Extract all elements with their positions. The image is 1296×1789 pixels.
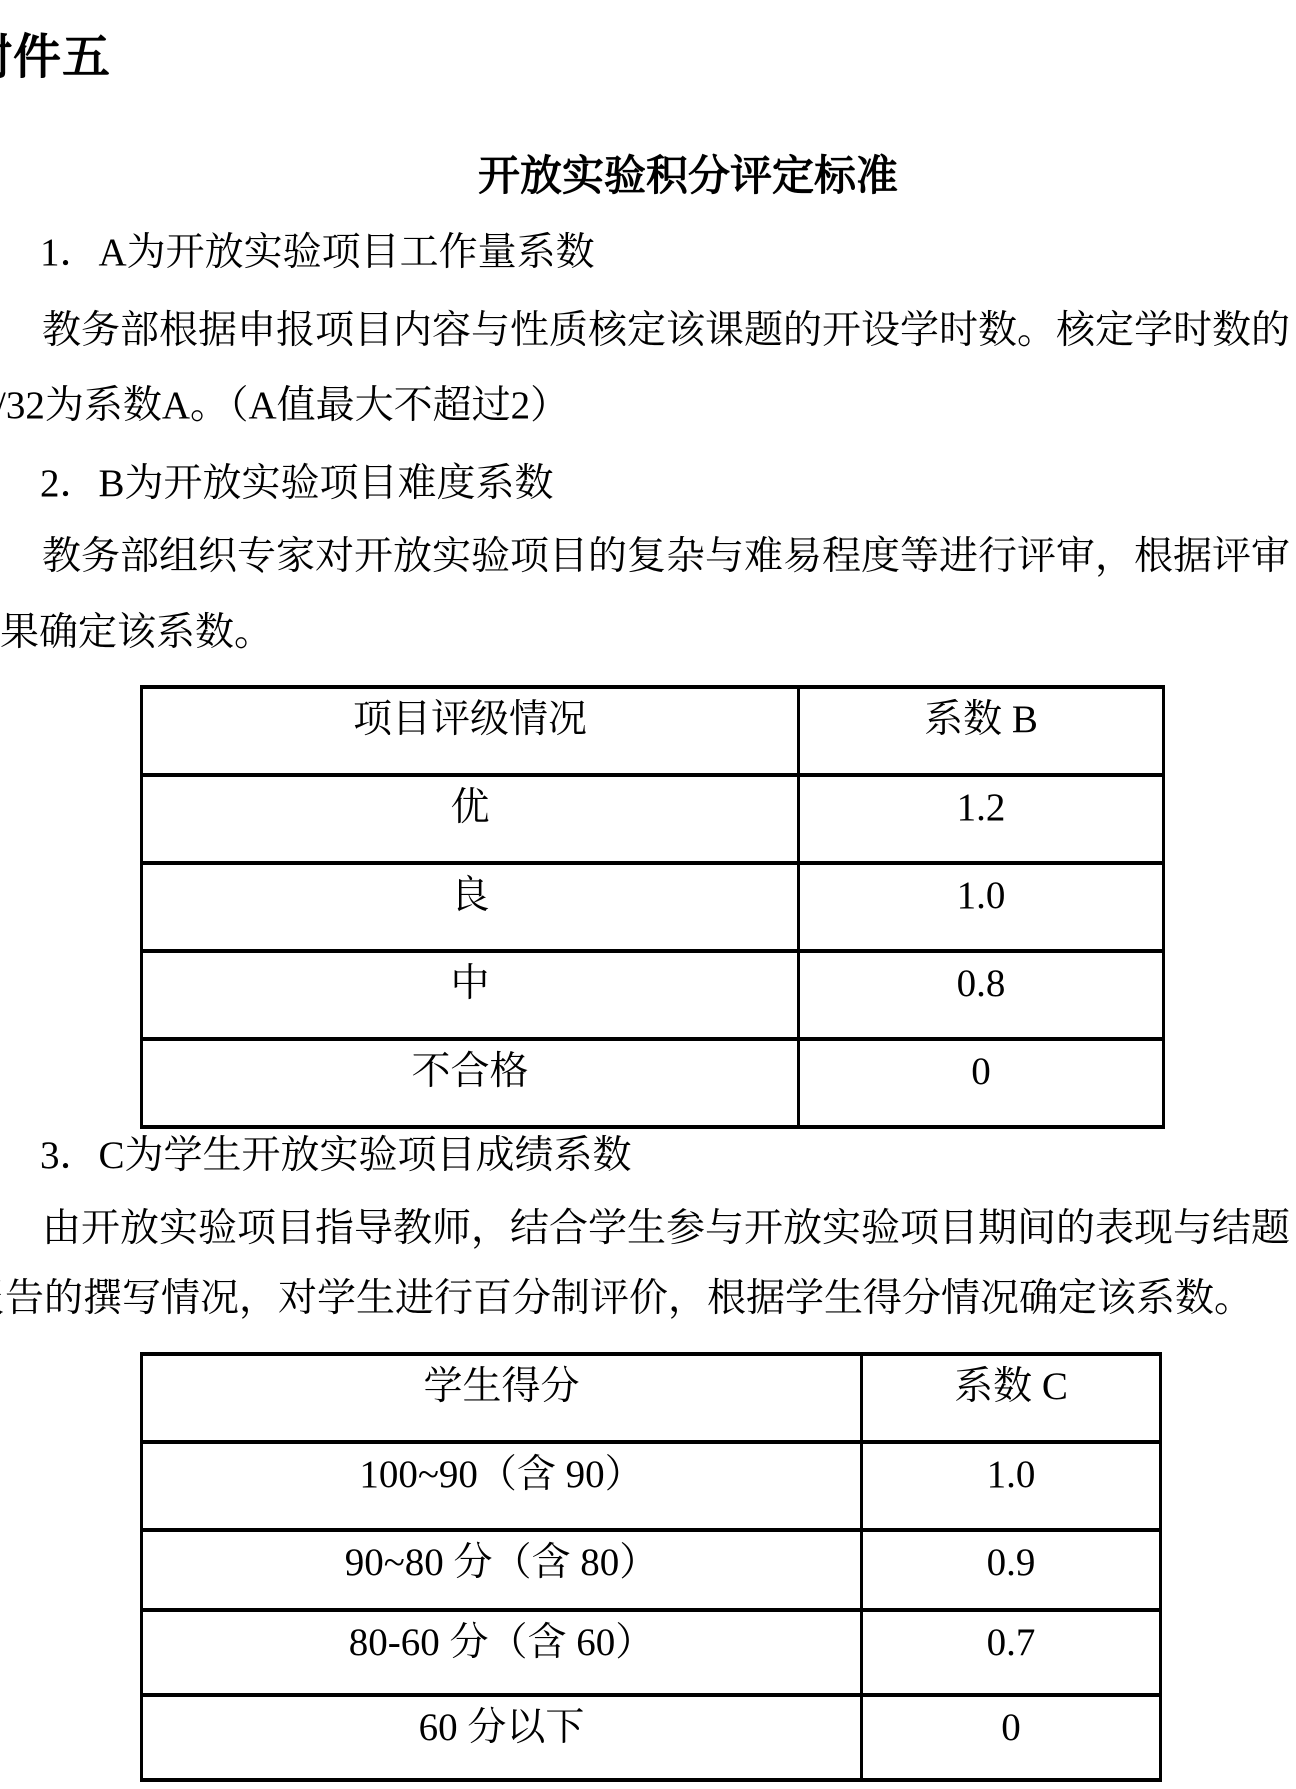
section-1-paragraph-line-2: /32为系数A。（A值最大不超过2）	[0, 384, 569, 428]
table-b-row-value: 1.0	[799, 863, 1164, 951]
table-row: 60 分以下 0	[142, 1695, 1161, 1780]
table-header-row: 学生得分 系数 C	[142, 1354, 1161, 1442]
section-1-heading: 1．A为开放实验项目工作量系数	[40, 231, 595, 275]
coefficient-b-table: 项目评级情况 系数 B 优 1.2 良 1.0 中 0.8 不合格 0	[140, 685, 1165, 1129]
table-c-header-score: 学生得分	[142, 1354, 862, 1442]
table-b-header-coefficient: 系数 B	[799, 687, 1164, 775]
table-row: 不合格 0	[142, 1039, 1164, 1127]
table-row: 优 1.2	[142, 775, 1164, 863]
table-row: 良 1.0	[142, 863, 1164, 951]
table-b-row-label: 中	[142, 951, 799, 1039]
table-b-row-label: 不合格	[142, 1039, 799, 1127]
table-b-header-category: 项目评级情况	[142, 687, 799, 775]
section-1-paragraph-line-1: 教务部根据申报项目内容与性质核定该课题的开设学时数。核定学时数的	[42, 309, 1290, 353]
table-row: 100~90（含 90） 1.0	[142, 1442, 1161, 1530]
table-b-row-label: 良	[142, 863, 799, 951]
document-page: 附件五 开放实验积分评定标准 1．A为开放实验项目工作量系数 教务部根据申报项目…	[0, 0, 1296, 1789]
table-c-row-label: 100~90（含 90）	[142, 1442, 862, 1530]
table-b-row-value: 0	[799, 1039, 1164, 1127]
table-c-row-value: 0	[862, 1695, 1161, 1780]
section-2-heading: 2．B为开放实验项目难度系数	[40, 462, 554, 506]
table-c-row-label: 90~80 分（含 80）	[142, 1530, 862, 1610]
table-row: 中 0.8	[142, 951, 1164, 1039]
table-c-row-value: 1.0	[862, 1442, 1161, 1530]
section-3-paragraph-line-2: 报告的撰写情况，对学生进行百分制评价，根据学生得分情况确定该系数。	[0, 1277, 1253, 1321]
table-c-row-value: 0.7	[862, 1610, 1161, 1695]
coefficient-c-table: 学生得分 系数 C 100~90（含 90） 1.0 90~80 分（含 80）…	[140, 1352, 1162, 1782]
table-b-row-value: 0.8	[799, 951, 1164, 1039]
section-2-paragraph-line-2: 果确定该系数。	[0, 611, 273, 655]
table-b-row-label: 优	[142, 775, 799, 863]
section-3-paragraph-line-1: 由开放实验项目指导教师，结合学生参与开放实验项目期间的表现与结题	[42, 1207, 1290, 1251]
table-c-row-value: 0.9	[862, 1530, 1161, 1610]
table-c-row-label: 80-60 分（含 60）	[142, 1610, 862, 1695]
table-c-row-label: 60 分以下	[142, 1695, 862, 1780]
table-header-row: 项目评级情况 系数 B	[142, 687, 1164, 775]
page-title: 开放实验积分评定标准	[478, 154, 898, 200]
table-row: 80-60 分（含 60） 0.7	[142, 1610, 1161, 1695]
section-3-heading: 3．C为学生开放实验项目成绩系数	[40, 1134, 632, 1178]
section-2-paragraph-line-1: 教务部组织专家对开放实验项目的复杂与难易程度等进行评审，根据评审	[42, 535, 1290, 579]
table-b-row-value: 1.2	[799, 775, 1164, 863]
table-row: 90~80 分（含 80） 0.9	[142, 1530, 1161, 1610]
table-c-header-coefficient: 系数 C	[862, 1354, 1161, 1442]
attachment-label: 附件五	[0, 34, 111, 82]
